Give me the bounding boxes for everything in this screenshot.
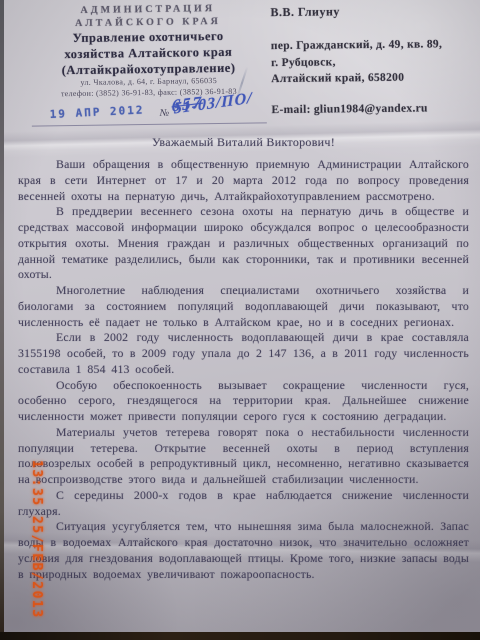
- letter-paragraph: Многолетние наблюдения специалистами охо…: [18, 283, 469, 330]
- recipient-name: В.В. Глиуну: [270, 3, 475, 20]
- letter-paragraph: Материалы учетов тетерева говорят пока о…: [18, 425, 469, 488]
- letterhead-stamp-block: АДМИНИСТРАЦИЯ АЛТАЙСКОГО КРАЯ Управление…: [30, 1, 267, 126]
- letter-paper: АДМИНИСТРАЦИЯ АЛТАЙСКОГО КРАЯ Управление…: [3, 0, 480, 634]
- letter-paragraph: Ситуация усугубляется тем, что нынешняя …: [18, 519, 469, 582]
- letter-paragraph: Ваши обращения в общественную приемную А…: [18, 157, 469, 204]
- recipient-address-line: Алтайский край, 658200: [271, 69, 476, 88]
- recipient-email: E-mail: gliun1984@yandex.ru: [271, 101, 476, 115]
- photo-scene: АДМИНИСТРАЦИЯ АЛТАЙСКОГО КРАЯ Управление…: [0, 0, 480, 640]
- handwritten-number-second-line: 657: [171, 93, 203, 117]
- number-sign: №: [160, 108, 170, 119]
- incoming-date-stamp: 19 АПР 2012: [49, 103, 144, 121]
- letter-body: Уважаемый Виталий Викторович! Ваши обращ…: [18, 135, 469, 582]
- date-number-row: 19 АПР 2012 № 51-03/ПО/: [32, 100, 267, 126]
- camera-timestamp: 13:35 25/FEB/2013: [29, 460, 44, 619]
- letter-paragraph: С середины 2000-х годов в крае наблюдает…: [18, 488, 469, 520]
- photo-left-edge: [0, 0, 4, 640]
- department-name-line: (Алтайкрайохотуправление): [31, 59, 266, 78]
- letter-paragraph: Особую обеспокоенность вызывает сокращен…: [18, 378, 469, 425]
- salutation: Уважаемый Виталий Викторович!: [18, 135, 469, 150]
- letter-paragraph: В преддверии весеннего сезона охоты на п…: [18, 204, 469, 283]
- letter-paragraph: Если в 2002 году численность водоплавающ…: [18, 330, 469, 377]
- photo-bottom-edge: [0, 632, 480, 640]
- recipient-block: В.В. Глиуну пер. Гражданский, д. 49, кв.…: [270, 3, 476, 116]
